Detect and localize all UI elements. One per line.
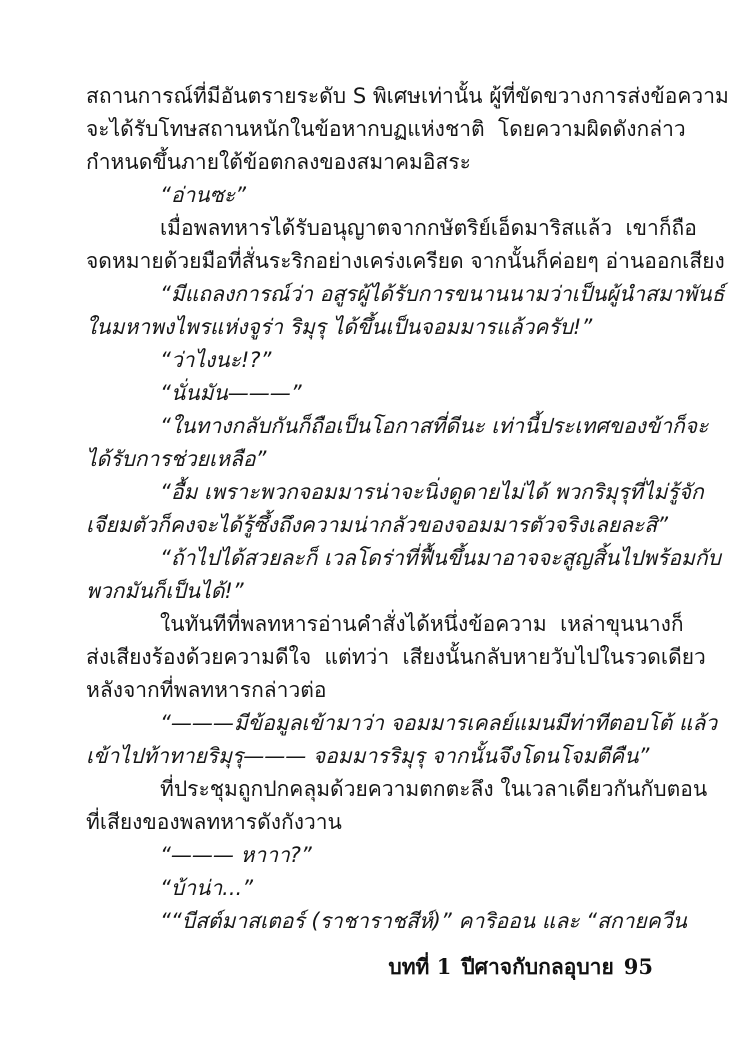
text-line: ในทันทีที่พลทหารอ่านคำสั่งได้หนึ่งข้อควา…: [86, 608, 656, 641]
text-line: “ว่าไงนะ!?”: [86, 344, 656, 377]
text-line: จะได้รับโทษสถานหนักในข้อหากบฏแห่งชาติ โด…: [86, 113, 656, 146]
book-page: สถานการณ์ที่มีอันตรายระดับ S พิเศษเท่านั…: [0, 0, 738, 1051]
text-line: “ในทางกลับกันก็ถือเป็นโอกาสที่ดีนะ เท่าน…: [86, 410, 656, 443]
text-line: “ถ้าไปได้สวยละก็ เวลโดร่าที่ฟื้นขึ้นมาอา…: [86, 542, 656, 575]
text-line: เข้าไปท้าทายริมุรุ——— จอมมารริมุรุ จากนั…: [86, 740, 656, 773]
text-line: “มีแถลงการณ์ว่า อสูรผู้ได้รับการขนานนามว…: [86, 278, 656, 311]
text-line: “นั่นมัน———”: [86, 377, 656, 410]
text-line: “อื้ม เพราะพวกจอมมารน่าจะนิ่งดูดายไม่ได้…: [86, 476, 656, 509]
text-line: หลังจากที่พลทหารกล่าวต่อ: [86, 674, 656, 707]
text-line: “———มีข้อมูลเข้ามาว่า จอมมารเคลย์แมนมีท่…: [86, 707, 656, 740]
text-line: ส่งเสียงร้องด้วยความดีใจ แต่ทว่า เสียงนั…: [86, 641, 656, 674]
chapter-label: บทที่ 1: [388, 951, 451, 984]
text-line: “บ้าน่า...”: [86, 872, 656, 905]
chapter-title: ปีศาจกับกลอุบาย: [461, 951, 613, 984]
text-line: จดหมายด้วยมือที่สั่นระริกอย่างเคร่งเครีย…: [86, 245, 656, 278]
text-line: ได้รับการช่วยเหลือ”: [86, 443, 656, 476]
text-line: ที่ประชุมถูกปกคลุมด้วยความตกตะลึง ในเวลา…: [86, 773, 656, 806]
text-line: กำหนดขึ้นภายใต้ข้อตกลงของสมาคมอิสระ: [86, 146, 656, 179]
text-line: พวกมันก็เป็นได้!”: [86, 575, 656, 608]
text-line: ““บีสต์มาสเตอร์ (ราชาราชสีห์)” คาริออน แ…: [86, 905, 656, 938]
text-line: เจียมตัวก็คงจะได้รู้ซึ้งถึงความน่ากลัวขอ…: [86, 509, 656, 542]
page-number: 95: [624, 954, 653, 979]
page-footer: บทที่ 1 ปีศาจกับกลอุบาย 95: [388, 951, 653, 984]
text-line: “อ่านซะ”: [86, 179, 656, 212]
text-line: ที่เสียงของพลทหารดังกังวาน: [86, 806, 656, 839]
text-line: เมื่อพลทหารได้รับอนุญาตจากกษัตริย์เอ็ดมา…: [86, 212, 656, 245]
text-line: “——— หาาา?”: [86, 839, 656, 872]
text-column: สถานการณ์ที่มีอันตรายระดับ S พิเศษเท่านั…: [86, 80, 656, 938]
text-line: ในมหาพงไพรแห่งจูร่า ริมุรุ ได้ขึ้นเป็นจอ…: [86, 311, 656, 344]
text-line: สถานการณ์ที่มีอันตรายระดับ S พิเศษเท่านั…: [86, 80, 656, 113]
